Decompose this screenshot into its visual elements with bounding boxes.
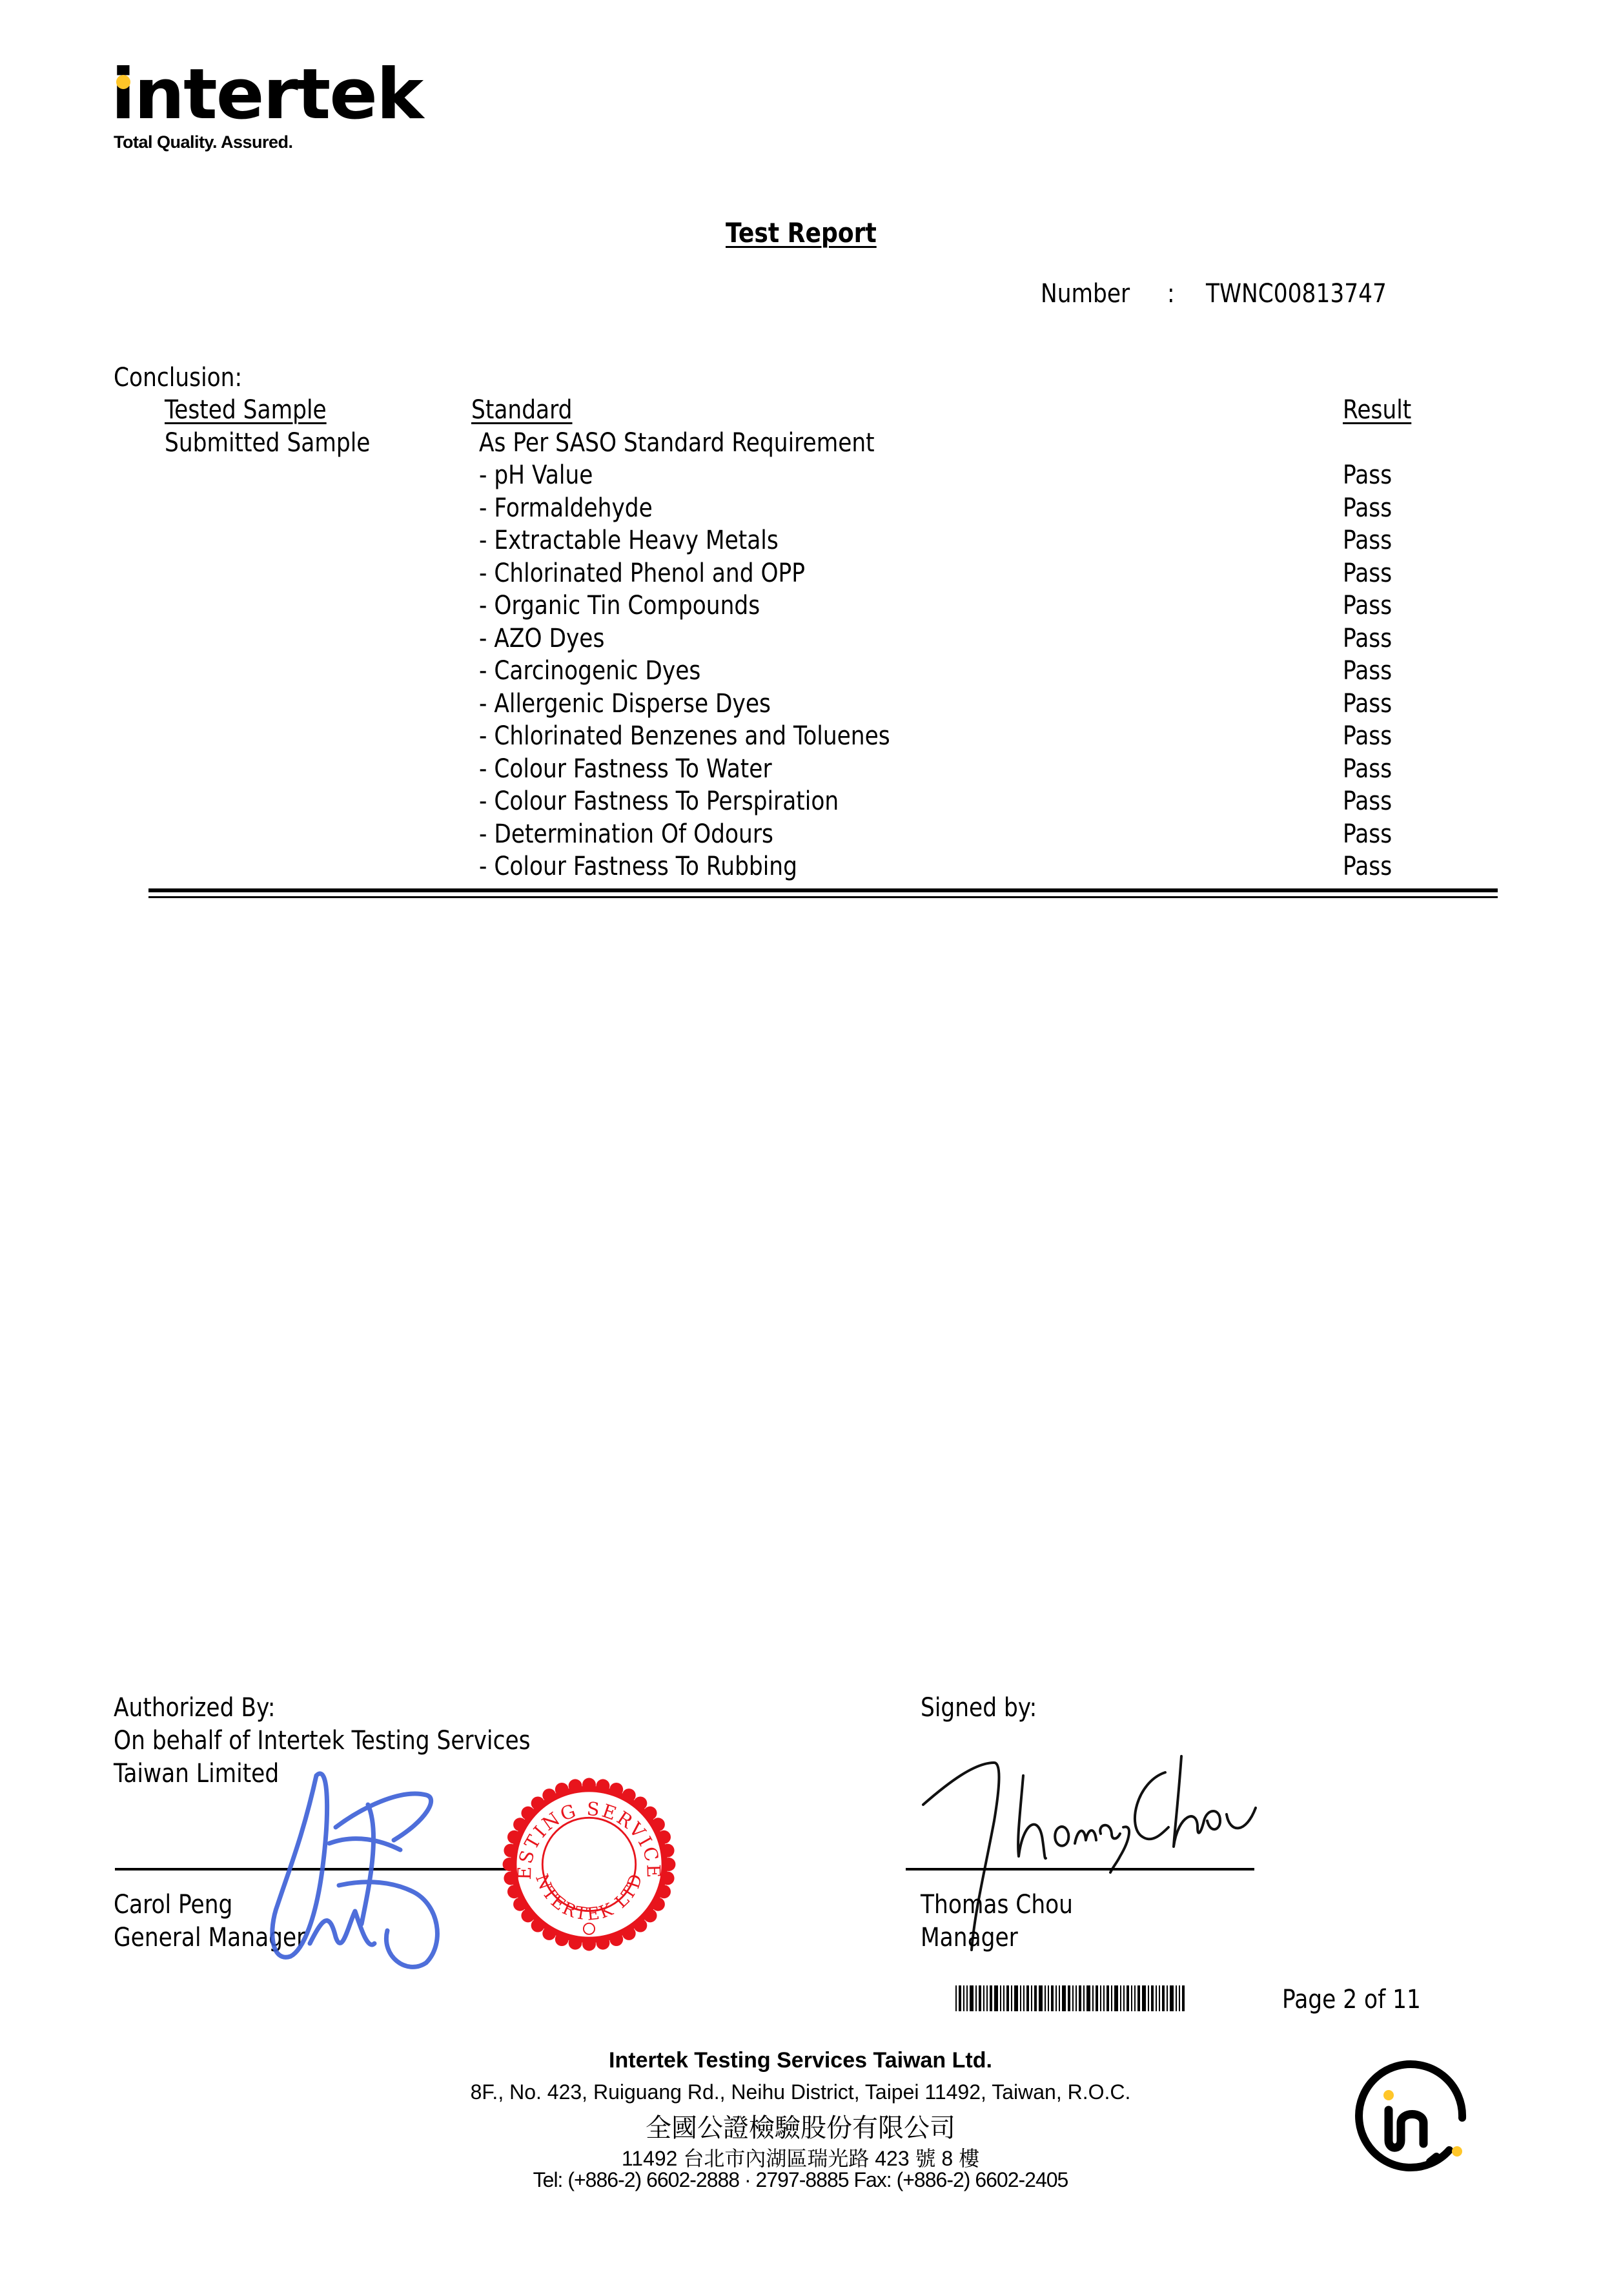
sample-name: Submitted Sample — [165, 427, 370, 459]
conclusion-label: Conclusion: — [114, 362, 242, 394]
test-item-result: Pass — [1343, 589, 1392, 622]
test-item-result: Pass — [1343, 720, 1392, 752]
test-item-name: - Allergenic Disperse Dyes — [479, 688, 771, 720]
signed-title: Manager — [921, 1922, 1018, 1954]
test-item-result: Pass — [1343, 557, 1392, 589]
carol-peng-signature — [232, 1737, 504, 1995]
test-item-name: - Formaldehyde — [479, 492, 653, 524]
table-divider-thick — [148, 888, 1498, 892]
logo-tagline: Total Quality. Assured. — [114, 132, 293, 152]
test-item-name: - Colour Fastness To Water — [479, 753, 772, 785]
test-item-name: - Organic Tin Compounds — [479, 589, 760, 622]
report-number-separator: : — [1167, 278, 1175, 310]
report-number-label: Number — [1041, 278, 1130, 310]
test-item-result: Pass — [1343, 655, 1392, 687]
test-item-result: Pass — [1343, 818, 1392, 850]
test-item-name: - Chlorinated Benzenes and Toluenes — [479, 720, 890, 752]
test-item-name: - Extractable Heavy Metals — [479, 524, 779, 557]
authorized-by-label: Authorized By: — [114, 1692, 275, 1724]
logo-accent-dot — [116, 75, 130, 89]
test-item-result: Pass — [1343, 459, 1392, 491]
test-item-name: - Colour Fastness To Rubbing — [479, 850, 797, 883]
test-item-name: - Carcinogenic Dyes — [479, 655, 700, 687]
test-item-result: Pass — [1343, 622, 1392, 655]
test-item-name: - pH Value — [479, 459, 593, 491]
test-item-name: - AZO Dyes — [479, 622, 604, 655]
test-item-result: Pass — [1343, 492, 1392, 524]
report-barcode — [955, 1985, 1252, 2011]
logo-text: intertek — [111, 54, 422, 135]
report-number-value: TWNC00813747 — [1206, 278, 1387, 310]
page-indicator: Page 2 of 11 — [1282, 1983, 1421, 2016]
column-header-tested-sample: Tested Sample — [165, 394, 327, 426]
intertek-logo: intertek — [111, 59, 422, 130]
authorized-name: Carol Peng — [114, 1889, 232, 1921]
test-item-result: Pass — [1343, 850, 1392, 883]
test-item-name: - Chlorinated Phenol and OPP — [479, 557, 805, 589]
test-item-name: - Colour Fastness To Perspiration — [479, 785, 839, 817]
test-item-result: Pass — [1343, 688, 1392, 720]
test-item-result: Pass — [1343, 785, 1392, 817]
company-seal-stamp: TESTING SERVICES INTERTEK LTD. — [497, 1772, 681, 1956]
page-title: Test Report — [726, 217, 877, 249]
signed-name: Thomas Chou — [921, 1889, 1073, 1921]
test-item-name: - Determination Of Odours — [479, 818, 773, 850]
signed-signature-line — [906, 1868, 1254, 1871]
column-header-result: Result — [1343, 394, 1411, 426]
column-header-standard: Standard — [471, 394, 573, 426]
table-divider-thin — [148, 896, 1498, 898]
test-item-result: Pass — [1343, 753, 1392, 785]
signed-by-label: Signed by: — [921, 1692, 1037, 1724]
intertek-in-logo-icon — [1352, 2053, 1475, 2176]
standard-heading: As Per SASO Standard Requirement — [479, 427, 875, 459]
test-item-result: Pass — [1343, 524, 1392, 557]
